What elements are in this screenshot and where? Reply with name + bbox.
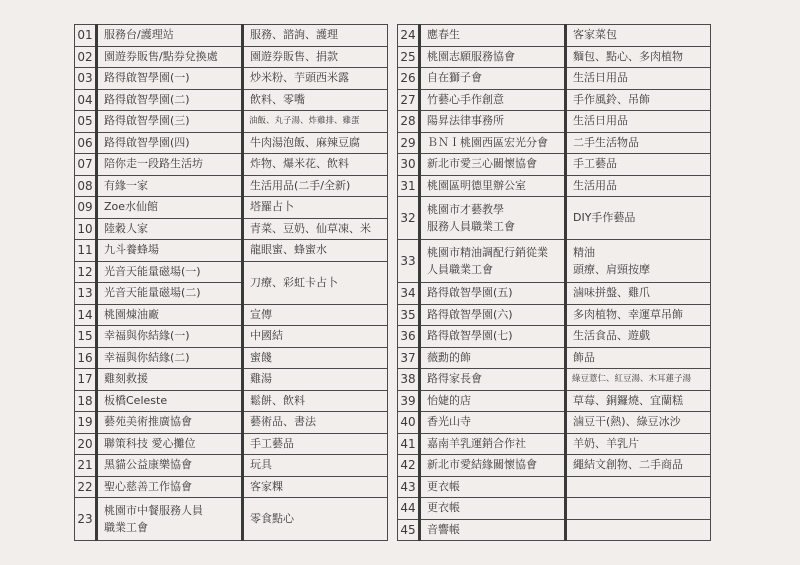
booth-items: 園遊券販售、捐款 (243, 46, 388, 68)
booth-name: 聯策科技 愛心攤位 (97, 433, 243, 455)
booth-items: 蜜餞 (243, 347, 388, 369)
table-row: 37薇勳的飾飾品 (398, 347, 711, 369)
booth-name: 嘉南羊乳運銷合作社 (420, 433, 566, 455)
table-row: 09Zoe水仙館塔羅占卜 (75, 197, 388, 219)
table-row: 23桃園市中餐服務人員職業工會零食點心 (75, 498, 388, 541)
booth-number: 09 (75, 197, 97, 219)
booth-items: 滷味拼盤、雞爪 (566, 283, 711, 305)
booth-number: 12 (75, 261, 97, 283)
booth-number: 10 (75, 218, 97, 240)
table-row: 01服務台/護理站服務、諮詢、護理 (75, 25, 388, 47)
booth-number: 28 (398, 111, 420, 133)
booth-name: 幸福與你結緣(一) (97, 326, 243, 348)
booth-items: 二手生活物品 (566, 132, 711, 154)
booth-number: 03 (75, 68, 97, 90)
table-row: 06路得啟智學園(四)牛肉湯泡飯、麻辣豆腐 (75, 132, 388, 154)
table-row: 07陪你走一段路生活坊炸物、爆米花、飲料 (75, 154, 388, 176)
booth-items: 繩結文創物、二手商品 (566, 455, 711, 477)
booth-items: 草莓、銅鑼燒、宜蘭糕 (566, 390, 711, 412)
booth-items: 羊奶、羊乳片 (566, 433, 711, 455)
table-row: 08有緣一家生活用品(二手/全新) (75, 175, 388, 197)
booth-number: 18 (75, 390, 97, 412)
booth-name: 音響帳 (420, 519, 566, 541)
booth-name-line2: 人員職業工會 (427, 261, 564, 278)
booth-number: 29 (398, 132, 420, 154)
booth-name: 桃園市才藝教學服務人員職業工會 (420, 197, 566, 240)
table-row: 17雞刻救援雞湯 (75, 369, 388, 391)
booth-name: 新北市愛結緣關懷協會 (420, 455, 566, 477)
booth-items: 生活食品、遊戲 (566, 326, 711, 348)
booth-items: 青菜、豆奶、仙草凍、米 (243, 218, 388, 240)
booth-items: 塔羅占卜 (243, 197, 388, 219)
booth-number: 41 (398, 433, 420, 455)
booth-name-line2: 職業工會 (104, 519, 241, 536)
booth-items: 多肉植物、幸運草吊飾 (566, 304, 711, 326)
booth-items: 龍眼蜜、蜂蜜水 (243, 240, 388, 262)
booth-name: 路得啟智學園(四) (97, 132, 243, 154)
table-row: 03路得啟智學園(一)炒米粉、芋頭西米露 (75, 68, 388, 90)
booth-items: 牛肉湯泡飯、麻辣豆腐 (243, 132, 388, 154)
booth-name: 桃園志願服務協會 (420, 46, 566, 68)
booth-number: 27 (398, 89, 420, 111)
booth-name: 竹藝心手作創意 (420, 89, 566, 111)
table-row: 12光音天能量磁場(一)刀療、彩虹卡占卜 (75, 261, 388, 283)
booth-number: 32 (398, 197, 420, 240)
booth-number: 15 (75, 326, 97, 348)
booth-number: 45 (398, 519, 420, 541)
booth-name: 光音天能量磁場(一) (97, 261, 243, 283)
booth-items: 炒米粉、芋頭西米露 (243, 68, 388, 90)
booth-name-line1: 桃園市中餐服務人員 (104, 502, 241, 519)
booth-number: 04 (75, 89, 97, 111)
booth-name: 自在獅子會 (420, 68, 566, 90)
table-row: 41嘉南羊乳運銷合作社羊奶、羊乳片 (398, 433, 711, 455)
booth-name: 應春生 (420, 25, 566, 47)
booth-items: 雞湯 (243, 369, 388, 391)
booth-name: 桃園煉油廠 (97, 304, 243, 326)
booth-number: 43 (398, 476, 420, 498)
booth-name: 路得啟智學園(六) (420, 304, 566, 326)
booth-number: 19 (75, 412, 97, 434)
table-row: 35路得啟智學園(六)多肉植物、幸運草吊飾 (398, 304, 711, 326)
booth-name: 板橋Celeste (97, 390, 243, 412)
booth-name: 路得家長會 (420, 369, 566, 391)
booth-items: DIY手作藝品 (566, 197, 711, 240)
booth-items: 手作風鈴、吊飾 (566, 89, 711, 111)
booth-number: 21 (75, 455, 97, 477)
booth-items (566, 498, 711, 520)
booth-number: 40 (398, 412, 420, 434)
booth-name: 路得啟智學園(一) (97, 68, 243, 90)
booth-number: 38 (398, 369, 420, 391)
booth-items: 生活日用品 (566, 68, 711, 90)
booth-name: 園遊券販售/點券兌換處 (97, 46, 243, 68)
booth-number: 22 (75, 476, 97, 498)
table-row: 25桃園志願服務協會麵包、點心、多肉植物 (398, 46, 711, 68)
booth-name: 九斗養蜂場 (97, 240, 243, 262)
booth-table-right: 24應春生客家菜包25桃園志願服務協會麵包、點心、多肉植物26自在獅子會生活日用… (397, 24, 711, 541)
booth-number: 20 (75, 433, 97, 455)
booth-number: 35 (398, 304, 420, 326)
table-row: 15幸福與你結緣(一)中國結 (75, 326, 388, 348)
booth-number: 23 (75, 498, 97, 541)
booth-name-line1: 桃園市才藝教學 (427, 201, 564, 218)
booth-name: 桃園區明德里辦公室 (420, 175, 566, 197)
booth-number: 05 (75, 111, 97, 133)
booth-number: 07 (75, 154, 97, 176)
table-row: 10陸穀人家青菜、豆奶、仙草凍、米 (75, 218, 388, 240)
booth-items: 油飯、丸子湯、炸雞排、雞蛋 (243, 111, 388, 133)
table-row: 04路得啟智學園(二)飲料、零嘴 (75, 89, 388, 111)
booth-items: 綠豆薏仁、紅豆湯、木耳蓮子湯 (566, 369, 711, 391)
table-row: 18板橋Celeste鬆餅、飲料 (75, 390, 388, 412)
booth-name: 怡婕的店 (420, 390, 566, 412)
booth-name: 新北市愛三心關懷協會 (420, 154, 566, 176)
booth-items: 飲料、零嘴 (243, 89, 388, 111)
table-row: 16幸福與你結緣(二)蜜餞 (75, 347, 388, 369)
booth-name-line2: 服務人員職業工會 (427, 218, 564, 235)
booth-items-line1: 精油 (573, 244, 710, 261)
table-row: 22聖心慈善工作協會客家粿 (75, 476, 388, 498)
table-row: 26自在獅子會生活日用品 (398, 68, 711, 90)
table-row: 42新北市愛結緣關懷協會繩結文創物、二手商品 (398, 455, 711, 477)
booth-name: 更衣帳 (420, 498, 566, 520)
booth-name: 桃園市精油調配行銷從業人員職業工會 (420, 240, 566, 283)
booth-items: 客家粿 (243, 476, 388, 498)
booth-items (566, 476, 711, 498)
booth-name: 黑貓公益康樂協會 (97, 455, 243, 477)
table-row: 05路得啟智學園(三)油飯、丸子湯、炸雞排、雞蛋 (75, 111, 388, 133)
booth-name: 桃園市中餐服務人員職業工會 (97, 498, 243, 541)
booth-items: 藝術品、書法 (243, 412, 388, 434)
table-row: 30新北市愛三心關懷協會手工藝品 (398, 154, 711, 176)
booth-number: 25 (398, 46, 420, 68)
table-row: 11九斗養蜂場龍眼蜜、蜂蜜水 (75, 240, 388, 262)
booth-number: 06 (75, 132, 97, 154)
booth-number: 11 (75, 240, 97, 262)
table-row: 21黑貓公益康樂協會玩具 (75, 455, 388, 477)
table-row: 27竹藝心手作創意手作風鈴、吊飾 (398, 89, 711, 111)
booth-items: 零食點心 (243, 498, 388, 541)
booth-items-line2: 頭療、肩頸按摩 (573, 261, 710, 278)
booth-name: 陽昇法律事務所 (420, 111, 566, 133)
booth-name: 路得啟智學園(三) (97, 111, 243, 133)
booth-items: 手工藝品 (566, 154, 711, 176)
booth-name: ＢＮＩ桃園西區宏光分會 (420, 132, 566, 154)
booth-name: Zoe水仙館 (97, 197, 243, 219)
table-row: 43更衣帳 (398, 476, 711, 498)
table-row: 32桃園市才藝教學服務人員職業工會DIY手作藝品 (398, 197, 711, 240)
booth-number: 14 (75, 304, 97, 326)
booth-items: 中國結 (243, 326, 388, 348)
booth-number: 01 (75, 25, 97, 47)
booth-number: 39 (398, 390, 420, 412)
table-row: 38路得家長會綠豆薏仁、紅豆湯、木耳蓮子湯 (398, 369, 711, 391)
table-row: 40香光山寺滷豆干(熱)、綠豆冰沙 (398, 412, 711, 434)
table-row: 36路得啟智學園(七)生活食品、遊戲 (398, 326, 711, 348)
booth-items: 飾品 (566, 347, 711, 369)
table-row: 34路得啟智學園(五)滷味拼盤、雞爪 (398, 283, 711, 305)
booth-items: 生活日用品 (566, 111, 711, 133)
booth-name: 路得啟智學園(七) (420, 326, 566, 348)
booth-table-left: 01服務台/護理站服務、諮詢、護理02園遊券販售/點券兌換處園遊券販售、捐款03… (74, 24, 388, 541)
booth-items: 鬆餅、飲料 (243, 390, 388, 412)
booth-number: 31 (398, 175, 420, 197)
booth-name: 陸穀人家 (97, 218, 243, 240)
booth-items (566, 519, 711, 541)
booth-number: 34 (398, 283, 420, 305)
booth-number: 26 (398, 68, 420, 90)
booth-items: 麵包、點心、多肉植物 (566, 46, 711, 68)
booth-name: 光音天能量磁場(二) (97, 283, 243, 305)
booth-name: 藝苑美術推廣協會 (97, 412, 243, 434)
booth-items: 手工藝品 (243, 433, 388, 455)
booth-items: 生活用品 (566, 175, 711, 197)
table-row: 45音響帳 (398, 519, 711, 541)
booth-name: 路得啟智學園(二) (97, 89, 243, 111)
booth-number: 30 (398, 154, 420, 176)
booth-items: 精油頭療、肩頸按摩 (566, 240, 711, 283)
booth-number: 33 (398, 240, 420, 283)
booth-name: 幸福與你結緣(二) (97, 347, 243, 369)
table-row: 29ＢＮＩ桃園西區宏光分會二手生活物品 (398, 132, 711, 154)
table-row: 33桃園市精油調配行銷從業人員職業工會精油頭療、肩頸按摩 (398, 240, 711, 283)
table-row: 02園遊券販售/點券兌換處園遊券販售、捐款 (75, 46, 388, 68)
booth-items: 宣傳 (243, 304, 388, 326)
table-row: 24應春生客家菜包 (398, 25, 711, 47)
booth-items: 服務、諮詢、護理 (243, 25, 388, 47)
table-row: 39怡婕的店草莓、銅鑼燒、宜蘭糕 (398, 390, 711, 412)
booth-items: 生活用品(二手/全新) (243, 175, 388, 197)
booth-number: 02 (75, 46, 97, 68)
booth-items: 客家菜包 (566, 25, 711, 47)
booth-name: 聖心慈善工作協會 (97, 476, 243, 498)
booth-name: 路得啟智學園(五) (420, 283, 566, 305)
booth-name: 香光山寺 (420, 412, 566, 434)
booth-items: 玩具 (243, 455, 388, 477)
booth-number: 08 (75, 175, 97, 197)
booth-items: 刀療、彩虹卡占卜 (243, 261, 388, 304)
booth-name-line1: 桃園市精油調配行銷從業 (427, 244, 564, 261)
booth-name: 陪你走一段路生活坊 (97, 154, 243, 176)
table-row: 44更衣帳 (398, 498, 711, 520)
booth-name: 有緣一家 (97, 175, 243, 197)
booth-number: 42 (398, 455, 420, 477)
table-row: 20聯策科技 愛心攤位手工藝品 (75, 433, 388, 455)
booth-items: 炸物、爆米花、飲料 (243, 154, 388, 176)
table-row: 28陽昇法律事務所生活日用品 (398, 111, 711, 133)
booth-items: 滷豆干(熱)、綠豆冰沙 (566, 412, 711, 434)
table-row: 19藝苑美術推廣協會藝術品、書法 (75, 412, 388, 434)
booth-name: 薇勳的飾 (420, 347, 566, 369)
booth-name: 服務台/護理站 (97, 25, 243, 47)
booth-number: 24 (398, 25, 420, 47)
booth-number: 16 (75, 347, 97, 369)
table-row: 31桃園區明德里辦公室生活用品 (398, 175, 711, 197)
booth-number: 44 (398, 498, 420, 520)
booth-name: 雞刻救援 (97, 369, 243, 391)
booth-number: 37 (398, 347, 420, 369)
booth-name: 更衣帳 (420, 476, 566, 498)
table-row: 14桃園煉油廠宣傳 (75, 304, 388, 326)
booth-number: 36 (398, 326, 420, 348)
booth-number: 13 (75, 283, 97, 305)
booth-number: 17 (75, 369, 97, 391)
